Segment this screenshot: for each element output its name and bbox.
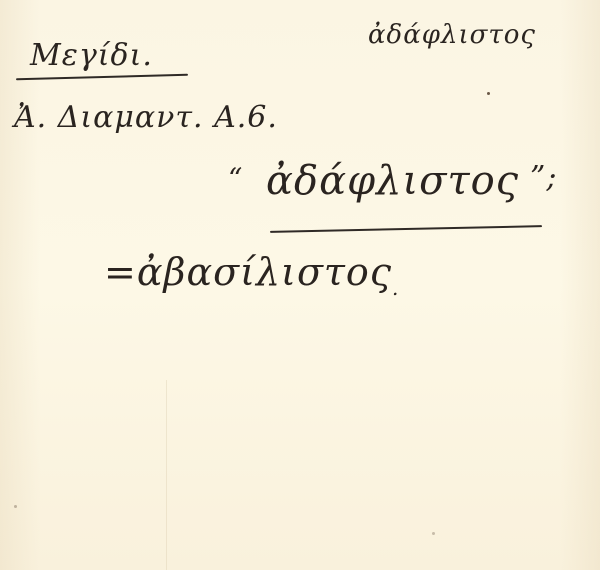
quoted-word-underline xyxy=(270,225,542,233)
quote-close-mark: ”; xyxy=(530,160,557,195)
quote-open-mark: “ xyxy=(228,162,243,195)
equivalent-period: . xyxy=(392,276,399,300)
paper-fold xyxy=(166,380,167,570)
index-card: Μεγίδι. ἀδάφλιστος Ἀ. Διαμαντ. Α.6. “ ἀδ… xyxy=(0,0,600,570)
ink-speck xyxy=(14,505,17,508)
source-reference: Ἀ. Διαμαντ. Α.6. xyxy=(14,100,278,135)
ink-speck xyxy=(487,92,490,95)
quoted-word: ἀδάφλιστος xyxy=(266,158,519,204)
equivalent-word: =ἀβασίλιστος xyxy=(104,250,392,294)
ink-speck xyxy=(432,532,435,535)
entry-title: ἀδάφλιστος xyxy=(368,20,536,50)
headword-underline xyxy=(16,74,188,81)
headword-place: Μεγίδι. xyxy=(30,38,153,73)
